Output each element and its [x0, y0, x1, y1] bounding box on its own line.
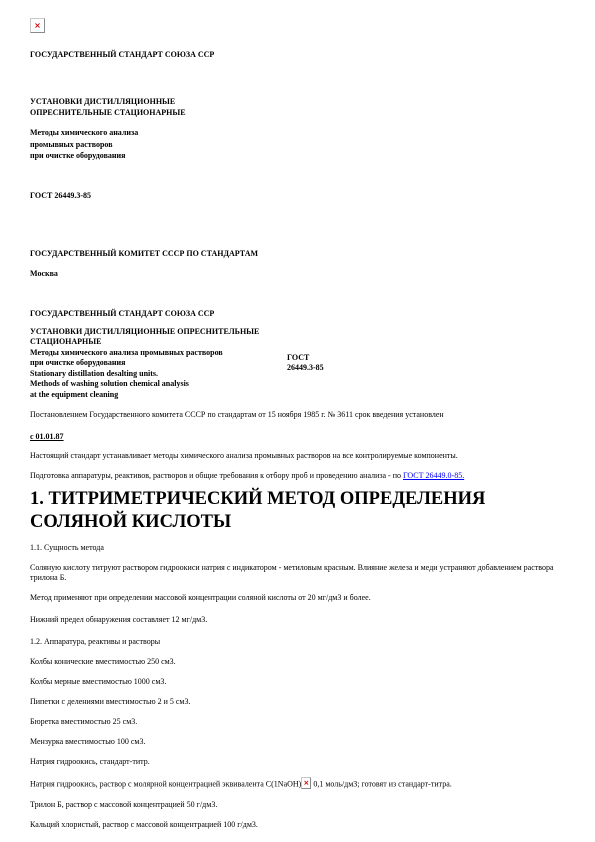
document-page: × ГОСУДАРСТВЕННЫЙ СТАНДАРТ СОЮЗА ССР УСТ… [0, 0, 595, 842]
title-ru-line2: при очистке оборудования [30, 358, 287, 369]
inline-broken-image-x-icon: × [303, 780, 309, 787]
apparatus-item: Колбы конические вместимостью 250 см3. [30, 657, 567, 667]
city-label: Москва [30, 269, 567, 279]
essence-paragraph-3: Нижний предел обнаружения составляет 12 … [30, 615, 567, 625]
document-title-line1: УСТАНОВКИ ДИСТИЛЛЯЦИОННЫЕ [30, 96, 567, 107]
document-subtitle-line2: промывных растворов [30, 139, 567, 151]
effective-date-text: с 01.01.87 [30, 432, 64, 441]
standard-union-label-2: ГОСУДАРСТВЕННЫЙ СТАНДАРТ СОЮЗА ССР [30, 309, 567, 319]
document-title: УСТАНОВКИ ДИСТИЛЛЯЦИОННЫЕ ОПРЕСНИТЕЛЬНЫЕ… [30, 96, 567, 118]
apparatus-item: Колбы мерные вместимостью 1000 см3. [30, 677, 567, 687]
effective-date: с 01.01.87 [30, 432, 567, 442]
title-ru-line1: Методы химического анализа промывных рас… [30, 348, 287, 359]
reagent-item: Кальций хлористый, раствор с массовой ко… [30, 820, 567, 830]
committee-label: ГОСУДАРСТВЕННЫЙ КОМИТЕТ СССР ПО СТАНДАРТ… [30, 249, 567, 259]
title-block-gost-cell: ГОСТ 26449.3-85 [287, 353, 324, 374]
naoh-line-suffix: 0,1 моль/дм3; готовят из стандарт-титра. [311, 780, 451, 789]
essence-paragraph-1: Соляную кислоту титруют раствором гидроо… [30, 563, 567, 583]
document-subtitle-line1: Методы химического анализа [30, 127, 567, 139]
document-subtitle-line3: при очистке оборудования [30, 150, 567, 162]
preparation-paragraph: Подготовка аппаратуры, реактивов, раство… [30, 471, 567, 481]
naoh-solution-line: Натрия гидроокись, раствор с молярной ко… [30, 777, 567, 790]
gost-number-value: 26449.3-85 [287, 363, 324, 374]
naoh-line-prefix: Натрия гидроокись, раствор с молярной ко… [30, 780, 301, 789]
apparatus-item: Бюретка вместимостью 25 см3. [30, 717, 567, 727]
inline-broken-image-icon: × [301, 777, 311, 789]
apparatus-item: Натрия гидроокись, стандарт-титр. [30, 757, 567, 767]
title-block-table: УСТАНОВКИ ДИСТИЛЛЯЦИОННЫЕ ОПРЕСНИТЕЛЬНЫЕ… [30, 327, 567, 401]
subsection-1-2-heading: 1.2. Аппаратура, реактивы и растворы [30, 637, 567, 647]
gost-26449-0-85-link[interactable]: ГОСТ 26449.0-85. [403, 471, 464, 480]
title-en-line3: at the equipment cleaning [30, 390, 287, 401]
document-title-line2: ОПРЕСНИТЕЛЬНЫЕ СТАЦИОНАРНЫЕ [30, 107, 567, 118]
reagent-item: Трилон Б, раствор с массовой концентраци… [30, 800, 567, 810]
scope-paragraph: Настоящий стандарт устанавливает методы … [30, 451, 567, 461]
apparatus-item: Мензурка вместимостью 100 см3. [30, 737, 567, 747]
title-caps-line2: СТАЦИОНАРНЫЕ [30, 337, 287, 348]
title-en-line2: Methods of washing solution chemical ana… [30, 379, 287, 390]
apparatus-item: Пипетки с делениями вместимостью 2 и 5 с… [30, 697, 567, 707]
document-subtitle: Методы химического анализа промывных рас… [30, 127, 567, 162]
essence-paragraph-2: Метод применяют при определении массовой… [30, 593, 567, 603]
decree-paragraph: Постановлением Государственного комитета… [30, 410, 567, 420]
title-block-left-column: УСТАНОВКИ ДИСТИЛЛЯЦИОННЫЕ ОПРЕСНИТЕЛЬНЫЕ… [30, 327, 287, 401]
preparation-text: Подготовка аппаратуры, реактивов, раство… [30, 471, 403, 480]
section-1-heading: 1. ТИТРИМЕТРИЧЕСКИЙ МЕТОД ОПРЕДЕЛЕНИЯ СО… [30, 488, 567, 534]
broken-image-x-icon: × [34, 22, 41, 30]
broken-image-icon: × [30, 18, 45, 33]
title-en-line1: Stationary distillation desalting units. [30, 369, 287, 380]
gost-label: ГОСТ [287, 353, 324, 364]
gost-number: ГОСТ 26449.3-85 [30, 191, 567, 201]
standard-union-label: ГОСУДАРСТВЕННЫЙ СТАНДАРТ СОЮЗА ССР [30, 50, 567, 60]
subsection-1-1-heading: 1.1. Сущность метода [30, 543, 567, 553]
title-caps-line1: УСТАНОВКИ ДИСТИЛЛЯЦИОННЫЕ ОПРЕСНИТЕЛЬНЫЕ [30, 327, 287, 338]
